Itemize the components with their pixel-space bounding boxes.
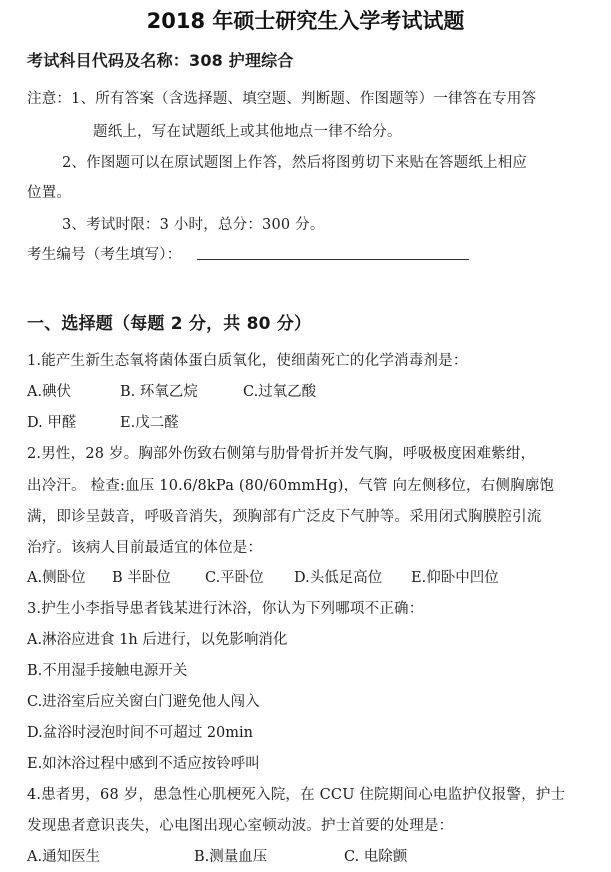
question-stem: 4.患者男，68 岁，患急性心肌梗死入院，在 CCU 住院期间心电监护仪报警，护…: [27, 785, 565, 805]
candidate-number-label: 考生编号（考生填写）：: [27, 245, 181, 265]
subject-code-name: 考试科目代码及名称：308 护理综合: [27, 51, 294, 71]
section-heading-multiple-choice: 一、选择题（每题 2 分，共 80 分）: [27, 312, 311, 336]
question-stem: 3.护生小李指导患者钱某进行沐浴，你认为下列哪项不正确：: [27, 599, 423, 619]
notice-line-2: 题纸上，写在试题纸上或其他地点一律不给分。: [93, 122, 402, 142]
option-b: B.测量血压: [194, 847, 267, 867]
notice-line-1: 注意：1、所有答案（含选择题、填空题、判断题、作图题等）一律答在专用答: [27, 89, 536, 109]
option-b: B. 环氧乙烷: [120, 382, 198, 402]
option-d: D. 甲醛: [27, 413, 76, 433]
option-c: C. 电除颤: [344, 847, 407, 867]
option-c: C.平卧位: [205, 568, 264, 588]
option-b: B.不用湿手接触电源开关: [27, 661, 187, 681]
option-d: D.头低足高位: [294, 568, 382, 588]
notice-line-5: 3、考试时限：3 小时，总分：300 分。: [62, 215, 325, 235]
candidate-number-field[interactable]: [197, 259, 469, 260]
option-c: C.进浴室后应关窗白门避免他人闯入: [27, 692, 260, 712]
option-e: E.如沐浴过程中感到不适应按铃呼叫: [27, 754, 260, 774]
question-stem: 满，即诊呈鼓音，呼吸音消失，颈胸部有广泛皮下气肿等。采用闭式胸膜腔引流: [27, 507, 542, 527]
question-stem: 治疗。该病人目前最适宜的体位是：: [27, 538, 262, 558]
question-stem: 发现患者意识丧失，心电图出现心室顿动波。护士首要的处理是：: [27, 816, 453, 836]
option-a: A.碘伏: [27, 382, 71, 402]
option-a: A.淋浴应进食 1h 后进行，以免影响消化: [27, 630, 287, 650]
option-d: D.盆浴时浸泡时间不可超过 20min: [27, 723, 253, 743]
question-stem: 2.男性，28 岁。胸部外伤致右侧第与肋骨骨折并发气胸，呼吸极度困难紫绀，: [27, 444, 535, 464]
notice-line-4: 位置。: [27, 183, 71, 203]
notice-line-3: 2、作图题可以在原试题图上作答，然后将图剪切下来贴在答题纸上相应: [62, 153, 527, 173]
option-a: A.通知医生: [27, 847, 100, 867]
option-e: E.仰卧中凹位: [411, 568, 499, 588]
option-e: E.戊二醛: [120, 413, 179, 433]
question-stem: 1.能产生新生态氧将菌体蛋白质氧化，使细菌死亡的化学消毒剂是：: [27, 351, 468, 371]
option-b: B 半卧位: [112, 568, 171, 588]
option-c: C.过氧乙酸: [243, 382, 316, 402]
page-title: 2018 年硕士研究生入学考试试题: [0, 6, 611, 36]
option-a: A.侧卧位: [27, 568, 86, 588]
question-stem: 出冷汗。 检查:血压 10.6/8kPa (80/60mmHg)，气管 向左侧移…: [27, 476, 554, 496]
